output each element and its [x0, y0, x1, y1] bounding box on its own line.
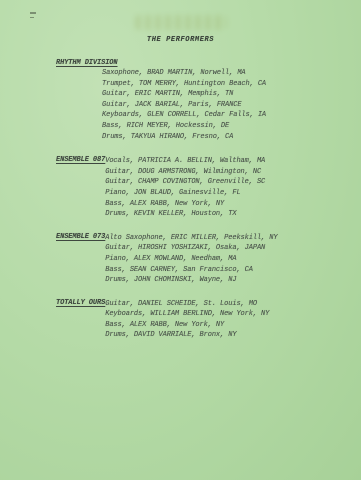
section-heading: TOTALLY OURS [56, 299, 105, 307]
performer-line: Bass, ALEX RABB, New York, NY [105, 320, 341, 331]
performer-line: Drums, TAKYUA HIRANO, Fresno, CA [102, 132, 341, 143]
section-entries: Alto Saxophone, ERIC MILLER, Peekskill, … [105, 233, 341, 286]
ink-bleed-ghost [135, 15, 227, 30]
performer-line: Vocals, PATRICIA A. BELLIN, Waltham, MA [105, 156, 341, 167]
performer-line: Saxophone, BRAD MARTIN, Norwell, MA [102, 68, 341, 79]
performer-line: Bass, ALEX RABB, New York, NY [105, 199, 341, 210]
performer-line: Keyboards, GLEN CORRELL, Cedar Falls, IA [102, 110, 341, 121]
page-title: THE PERFORMERS [0, 36, 361, 44]
performer-line: Guitar, DOUG ARMSTRONG, Wilmington, NC [105, 167, 341, 178]
performer-line: Bass, RICH MEYER, Hockessin, DE [102, 121, 341, 132]
performer-section: ENSEMBLE 073Alto Saxophone, ERIC MILLER,… [56, 233, 341, 286]
performer-section: RHYTHM DIVISIONSaxophone, BRAD MARTIN, N… [56, 59, 341, 142]
section-heading: RHYTHM DIVISION [56, 59, 341, 67]
performer-line: Guitar, HIROSHI YOSHIZAKI, Osaka, JAPAN [105, 243, 341, 254]
performer-line: Piano, JON BLAUD, Gainesville, FL [105, 188, 341, 199]
section-entries: Guitar, DANIEL SCHEIDE, St. Louis, MOKey… [105, 299, 341, 341]
scanned-page: THE PERFORMERS RHYTHM DIVISIONSaxophone,… [0, 0, 361, 480]
performer-section: ENSEMBLE 087Vocals, PATRICIA A. BELLIN, … [56, 156, 341, 220]
section-heading: ENSEMBLE 087 [56, 156, 105, 164]
section-entries: Saxophone, BRAD MARTIN, Norwell, MATrump… [102, 68, 341, 142]
scan-speck [30, 17, 34, 18]
performer-line: Bass, SEAN CARNEY, San Francisco, CA [105, 265, 341, 276]
performer-line: Alto Saxophone, ERIC MILLER, Peekskill, … [105, 233, 341, 244]
section-heading: ENSEMBLE 073 [56, 233, 105, 241]
performer-line: Keyboards, WILLIAM BERLIND, New York, NY [105, 309, 341, 320]
performer-line: Guitar, ERIC MARTIN, Memphis, TN [102, 89, 341, 100]
scan-speck [30, 12, 36, 14]
performer-section: TOTALLY OURSGuitar, DANIEL SCHEIDE, St. … [56, 299, 341, 341]
section-entries: Vocals, PATRICIA A. BELLIN, Waltham, MAG… [105, 156, 341, 220]
performer-line: Drums, DAVID VARRIALE, Bronx, NY [105, 330, 341, 341]
performer-line: Drums, JOHN CHOMINSKI, Wayne, NJ [105, 275, 341, 286]
performer-line: Guitar, DANIEL SCHEIDE, St. Louis, MO [105, 299, 341, 310]
performer-line: Piano, ALEX MOWLAND, Needham, MA [105, 254, 341, 265]
sections: RHYTHM DIVISIONSaxophone, BRAD MARTIN, N… [56, 59, 341, 354]
performer-line: Trumpet, TOM MERRY, Huntington Beach, CA [102, 79, 341, 90]
performer-line: Guitar, JACK BARIAL, Paris, FRANCE [102, 100, 341, 111]
performer-line: Drums, KEVIN KELLER, Houston, TX [105, 209, 341, 220]
performer-line: Guitar, CHAMP COVINGTON, Greenville, SC [105, 177, 341, 188]
